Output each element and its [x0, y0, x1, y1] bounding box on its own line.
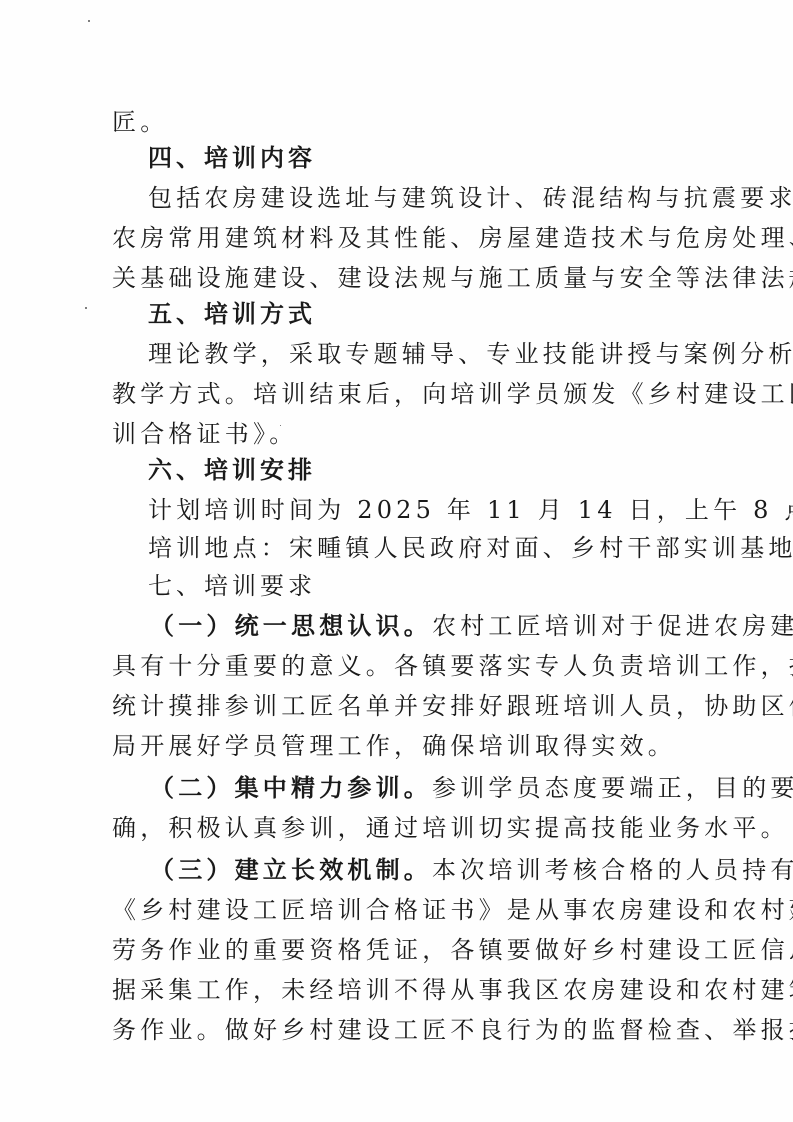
paragraph-line: 务作业。做好乡村建设工匠不良行为的监督检查、举报投诉 — [112, 1012, 696, 1048]
requirement-3-line: （三）建立长效机制。本次培训考核合格的人员持有的 — [150, 852, 734, 888]
paragraph-line: 关基础设施建设、建设法规与施工质量与安全等法律法规。 — [112, 260, 696, 296]
paragraph-line: 教学方式。培训结束后，向培训学员颁发《乡村建设工匠培 — [112, 376, 696, 412]
section-heading-requirements: 七、培训要求 — [148, 568, 732, 604]
paragraph-line: 局开展好学员管理工作，确保培训取得实效。 — [112, 728, 696, 764]
requirement-2-line: （二）集中精力参训。参训学员态度要端正，目的要明 — [150, 770, 734, 806]
requirement-3-text: 本次培训考核合格的人员持有的 — [432, 856, 793, 884]
section-heading-schedule: 六、培训安排 — [148, 452, 732, 488]
schedule-time: 计划培训时间为 2025 年 11 月 14 日，上午 8 点半。 — [148, 492, 732, 528]
paragraph-line: 《乡村建设工匠培训合格证书》是从事农房建设和农村建筑 — [112, 892, 696, 928]
paragraph-line: 确，积极认真参训，通过培训切实提高技能业务水平。 — [112, 810, 696, 846]
requirement-3-title: （三）建立长效机制。 — [150, 855, 432, 884]
paragraph-line: 理论教学，采取专题辅导、专业技能讲授与案例分析等 — [148, 336, 732, 372]
schedule-location: 培训地点：宋畽镇人民政府对面、乡村干部实训基地。 — [148, 530, 732, 566]
paragraph-line: 统计摸排参训工匠名单并安排好跟班培训人员，协助区住建 — [112, 688, 696, 724]
paragraph-line: 据采集工作，未经培训不得从事我区农房建设和农村建筑劳 — [112, 972, 696, 1008]
paragraph-line: 包括农房建设选址与建筑设计、砖混结构与抗震要求、 — [148, 180, 732, 216]
paragraph-line: 训合格证书》。 — [112, 416, 696, 452]
paragraph-line: 农房常用建筑材料及其性能、房屋建造技术与危房处理、相 — [112, 220, 696, 256]
requirement-1-text: 农村工匠培训对于促进农房建设 — [432, 612, 793, 640]
scan-speck — [88, 20, 90, 22]
requirement-2-text: 参训学员态度要端正，目的要明 — [432, 774, 793, 802]
paragraph-line: 劳务作业的重要资格凭证，各镇要做好乡村建设工匠信息数 — [112, 932, 696, 968]
requirement-1-line: （一）统一思想认识。农村工匠培训对于促进农房建设 — [150, 608, 734, 644]
requirement-1-title: （一）统一思想认识。 — [150, 611, 432, 640]
section-heading-content: 四、培训内容 — [148, 140, 732, 176]
scan-speck — [85, 307, 87, 309]
document-page: 匠。 四、培训内容 包括农房建设选址与建筑设计、砖混结构与抗震要求、 农房常用建… — [0, 0, 793, 1122]
requirement-2-title: （二）集中精力参训。 — [150, 773, 432, 802]
paragraph-line: 具有十分重要的意义。各镇要落实专人负责培训工作，提前 — [112, 648, 696, 684]
section-heading-method: 五、培训方式 — [148, 296, 732, 332]
text-line: 匠。 — [112, 104, 696, 140]
